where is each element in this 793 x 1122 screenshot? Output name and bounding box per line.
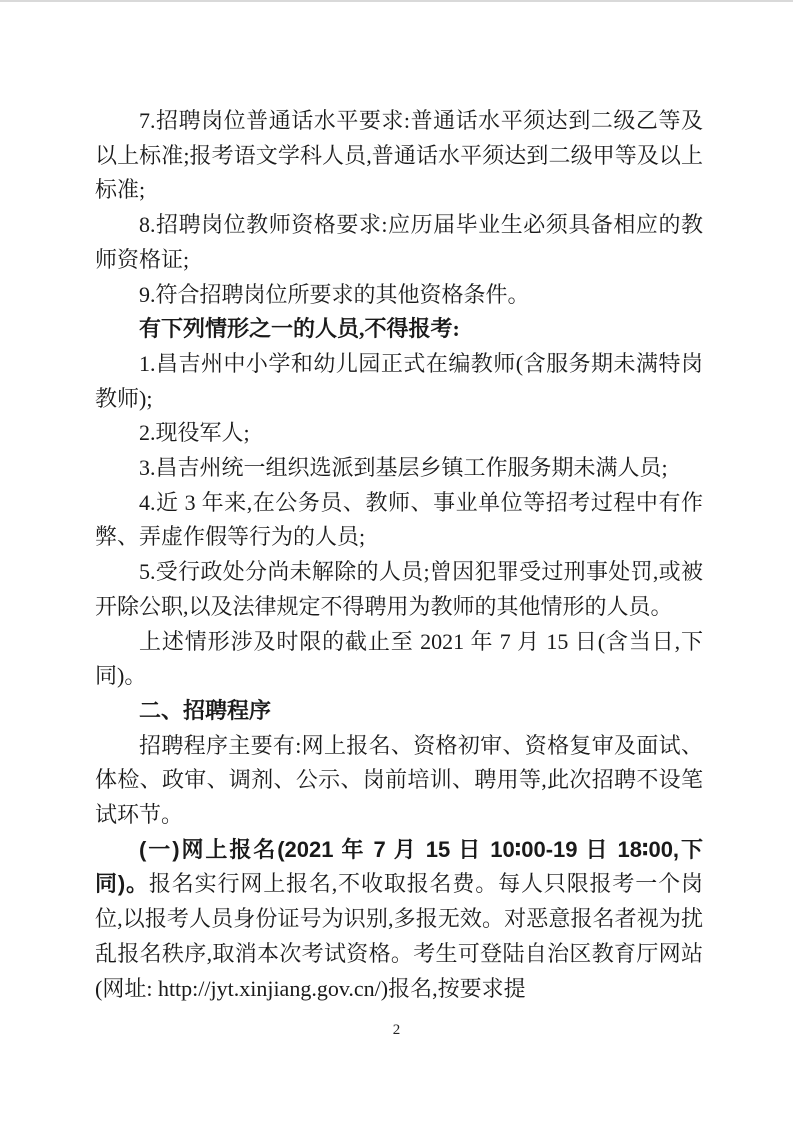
page-number: 2	[0, 1020, 793, 1040]
paragraph-deadline-note: 上述情形涉及时限的截止至 2021 年 7 月 15 日(含当日,下同)。	[95, 625, 703, 694]
paragraph-ineligible-3: 3.昌吉州统一组织选派到基层乡镇工作服务期未满人员;	[95, 451, 703, 486]
paragraph-requirement-8: 8.招聘岗位教师资格要求:应历届毕业生必须具备相应的教师资格证;	[95, 208, 703, 277]
paragraph-procedure-overview: 招聘程序主要有:网上报名、资格初审、资格复审及面试、体检、政审、调剂、公示、岗前…	[95, 729, 703, 833]
paragraph-requirement-7: 7.招聘岗位普通话水平要求:普通话水平须达到二级乙等及以上标准;报考语文学科人员…	[95, 104, 703, 208]
paragraph-ineligible-2: 2.现役军人;	[95, 416, 703, 451]
online-registration-body-text: 报名实行网上报名,不收取报名费。每人只限报考一个岗位,以报考人员身份证号为识别,…	[95, 871, 703, 1000]
paragraph-online-registration: (一)网上报名(2021 年 7 月 15 日 10∶00-19 日 18∶00…	[95, 833, 703, 1007]
document-page: 7.招聘岗位普通话水平要求:普通话水平须达到二级乙等及以上标准;报考语文学科人员…	[0, 0, 793, 1122]
paragraph-ineligible-1: 1.昌吉州中小学和幼儿园正式在编教师(含服务期未满特岗教师);	[95, 347, 703, 416]
scan-edge-artifact	[0, 0, 793, 2]
paragraph-ineligible-5: 5.受行政处分尚未解除的人员;曾因犯罪受过刑事处罚,或被开除公职,以及法律规定不…	[95, 555, 703, 624]
paragraph-ineligible-4: 4.近 3 年来,在公务员、教师、事业单位等招考过程中有作弊、弄虚作假等行为的人…	[95, 486, 703, 555]
heading-ineligible-persons: 有下列情形之一的人员,不得报考:	[95, 312, 703, 347]
paragraph-requirement-9: 9.符合招聘岗位所要求的其他资格条件。	[95, 278, 703, 313]
heading-section-2-recruitment-procedure: 二、招聘程序	[95, 694, 703, 729]
document-body: 7.招聘岗位普通话水平要求:普通话水平须达到二级乙等及以上标准;报考语文学科人员…	[95, 104, 703, 1006]
